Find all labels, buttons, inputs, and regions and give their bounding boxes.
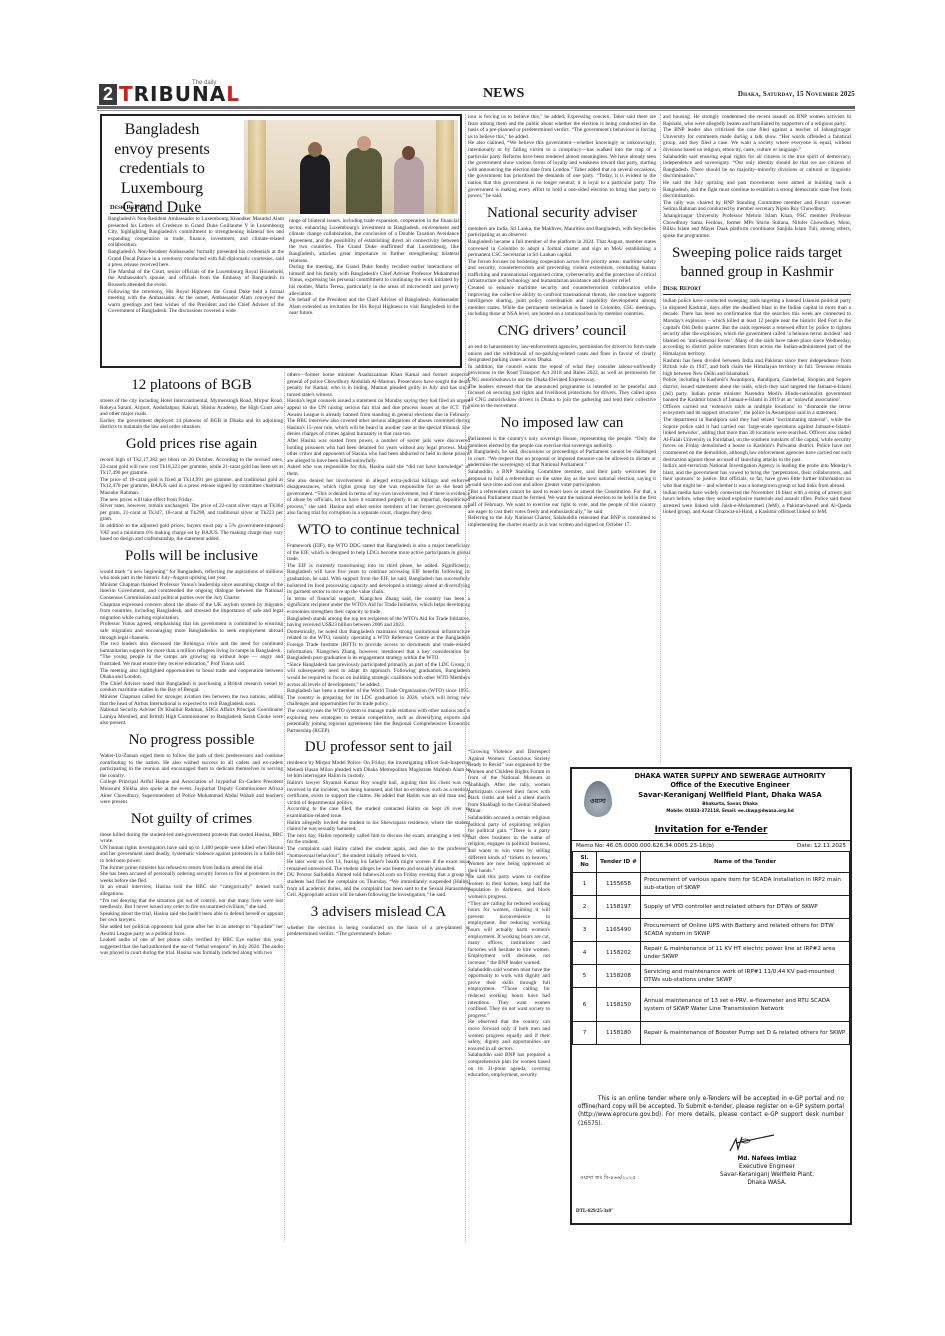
paragraph: Jahangirnagar University Professor Mehri… <box>663 213 851 239</box>
headline: Polls will be inclusive <box>100 546 283 566</box>
wasa-logo-icon: ওয়াসা <box>584 781 612 817</box>
person-head <box>357 136 371 151</box>
headline: DU professor sent to jail <box>287 738 470 757</box>
paragraph: The price of 18-carat gold is fixed at T… <box>100 477 283 497</box>
article-body: would mark “a new beginning” for Banglad… <box>100 569 283 727</box>
paragraph: The BNP leader also criticised the case … <box>663 127 851 153</box>
organization-header: DHAKA WATER SUPPLY AND SEWERAGE AUTHORIT… <box>612 772 848 814</box>
paragraph: Salahuddin said women must have the oppo… <box>468 967 550 1020</box>
paragraph: would mark “a new beginning” for Banglad… <box>100 569 283 582</box>
article-envoy: Bangladesh envoy presents credentials to… <box>100 114 462 368</box>
memo-date: Date: 12.11.2025 <box>797 841 846 851</box>
cell-sl: 3 <box>573 919 597 942</box>
paragraph: The complaint said Halim called the stud… <box>287 846 470 859</box>
paragraph: Halim allegedly invited the student to h… <box>287 820 470 833</box>
paragraph: and housing. He strongly condemned the r… <box>663 114 851 127</box>
paragraph: Indian police have conducted sweeping ra… <box>663 298 851 357</box>
paragraph: those killed during the student-led anti… <box>100 832 283 845</box>
cell-sl: 4 <box>573 942 597 965</box>
ad-reference: ওয়াসা জঃ বি-৪৬৬/২০২৫ <box>580 1175 636 1183</box>
newspaper-logo: TRIBUNAL <box>119 82 240 106</box>
cell-tender-id: 1158150 <box>597 988 641 1022</box>
cell-tender-name: Procurement of various spare item for SC… <box>641 873 850 896</box>
headline: WTO to continue technical <box>287 521 470 540</box>
paragraph: He said this party wants to confine wome… <box>468 874 550 900</box>
paragraph: Bangladesh's Non-Resident Ambassador for… <box>108 249 284 269</box>
paragraph: Hasina's legal counsels issued a stateme… <box>287 398 470 438</box>
article-body: and housing. He strongly condemned the r… <box>663 114 851 239</box>
paragraph: Speaking about the trial, Hasina said sh… <box>100 911 283 924</box>
paragraph: Bangladesh has been a member of the Worl… <box>287 688 470 708</box>
paragraph: “I'm not denying that the situation got … <box>100 898 283 911</box>
headline: 3 advisers mislead CA <box>287 903 470 922</box>
paragraph: The country uses the WTO system to manag… <box>287 708 470 734</box>
article-body: residence by Mirpur Model Police. On Fri… <box>287 760 470 898</box>
envoy-body-col1: Bangladesh's Non-Resident Ambassador to … <box>108 216 284 315</box>
paragraph: Leaked audio of one of her phone calls v… <box>100 937 283 957</box>
table-row: 61158150Annual maintenance of 13 set e-P… <box>573 988 850 1022</box>
article-body: iour is forcing us to believe this,” he … <box>468 114 656 200</box>
cell-tender-name: Procurement of Online UPS with Battery a… <box>641 919 850 942</box>
masthead-rule <box>97 106 855 109</box>
wasa-logo-text: ওয়াসা <box>584 796 612 807</box>
paragraph: Professor Yunus agreed, emphasising that… <box>100 621 283 641</box>
person-head <box>402 146 415 160</box>
paragraph: range of bilateral issues, including tra… <box>289 218 459 264</box>
headline: Sweeping police raids target banned grou… <box>671 244 843 282</box>
paragraph: Police, including in Kashmir's Awantipor… <box>663 377 851 403</box>
headline: No imposed law can <box>468 414 656 433</box>
article-body: whether the election is being conducted … <box>287 925 470 938</box>
logo-letters: RIBUNA <box>134 82 227 106</box>
person-head <box>308 142 322 157</box>
paragraph: The forum focuses on bolstering cooperat… <box>468 259 656 285</box>
paragraph: Salahuddin said ensuring equal rights fo… <box>663 154 851 180</box>
decor-pillar <box>248 120 266 214</box>
signer-block: Md. Nafees Imtiaz Executive Engineer Sav… <box>692 1155 842 1187</box>
paragraph: record high of Tk2,17,382 per bhori on 2… <box>100 457 283 477</box>
org-plant: Savar-Keraniganj Wellfield Plant, Dhaka … <box>612 790 848 800</box>
paragraph: Following the ceremony, His Royal Highne… <box>108 289 284 315</box>
logo-letter-t: T <box>119 82 134 106</box>
paragraph: Minister Chapman called for stronger avi… <box>100 694 283 707</box>
table-row: 41158202Repair & maintenance of 11 KV HT… <box>573 942 850 965</box>
paragraph: “Since Bangladesh has previously partici… <box>287 662 470 688</box>
paragraph: Referring to the July National Charter, … <box>468 515 656 528</box>
article-body: those killed during the student-led anti… <box>100 832 283 957</box>
signer-office: Dhaka WASA. <box>692 1179 842 1187</box>
cell-tender-name: Repair & maintenance of Booster Pump set… <box>641 1022 850 1045</box>
paragraph: streets of the city including Hotel Inte… <box>100 398 283 418</box>
paragraph: In an email interview, Hasina told the B… <box>100 884 283 897</box>
paragraph: Officers carried out ‘extensive raids at… <box>663 404 851 417</box>
masthead-rule-thin <box>97 110 855 111</box>
signer-office: Savar-Keraniganj Wellfield Plant, <box>692 1171 842 1179</box>
column-header-sl: Sl. No <box>573 852 597 873</box>
paragraph: Indian media have widely connected the N… <box>663 490 851 516</box>
cell-tender-id: 1158180 <box>597 1022 641 1045</box>
cell-tender-name: Supply of VFD controller and related oth… <box>641 896 850 919</box>
paragraph: Salahuddin said BNP has prepared a compr… <box>468 1052 550 1078</box>
paragraph: Waker-Uz-Zaman urged them to follow the … <box>100 753 283 779</box>
paragraph: Salahuddin accused a certain religious p… <box>468 815 550 874</box>
paragraph: residence by Mirpur Model Police. On Fri… <box>287 760 470 780</box>
article-body: Parliament is the country's only soverei… <box>468 436 656 528</box>
table-row: 51158208Servicing and maintenance work o… <box>573 965 850 988</box>
paragraph: Bangladesh's Non-Resident Ambassador to … <box>108 216 284 249</box>
signature-icon <box>722 1131 792 1155</box>
paragraph: The two leaders also discussed the Rohin… <box>100 641 283 654</box>
table-row: 71158180Repair & maintenance of Booster … <box>573 1022 850 1045</box>
paragraph: iour is forcing us to believe this,” he … <box>468 114 656 140</box>
paragraph: whether the election is being conducted … <box>287 925 470 938</box>
person-spouse <box>394 156 424 214</box>
page-number: 2 <box>99 84 117 105</box>
cell-sl: 6 <box>573 988 597 1022</box>
article-body: record high of Tk2,17,382 per bhori on 2… <box>100 457 283 543</box>
paragraph: According to the case filed, the student… <box>287 806 470 819</box>
article-body: Waker-Uz-Zaman urged them to follow the … <box>100 753 283 806</box>
article-body: others—former home minister Asaduzzaman … <box>287 372 470 517</box>
paragraph: India's anti-terrorism National Investig… <box>663 463 851 489</box>
headline: Not guilty of crimes <box>100 809 283 829</box>
cell-tender-id: 1158202 <box>597 942 641 965</box>
dateline: Dhaka, Saturday, 15 November 2025 <box>738 90 855 98</box>
paragraph: others—former home minister Asaduzzaman … <box>287 372 470 398</box>
cell-sl: 2 <box>573 896 597 919</box>
paragraph: UN human rights investigators have said … <box>100 845 283 865</box>
headline: Gold prices rise again <box>100 434 283 454</box>
paragraph: Chapman expressed concern about the abus… <box>100 602 283 622</box>
paragraph: Domestically, he noted that Bangladesh m… <box>287 629 470 662</box>
cell-tender-id: 1155658 <box>597 873 641 896</box>
article-body: Framework (EIF), the WTO DDG stated that… <box>287 543 470 734</box>
headline: CNG drivers’ council <box>468 322 656 341</box>
paragraph: Framework (EIF), the WTO DDG stated that… <box>287 543 470 563</box>
paragraph: The meeting also highlighted opportuniti… <box>100 668 283 681</box>
notice-body: This is an online tender where only e-Te… <box>578 1096 844 1127</box>
paragraph: He observed that the country can move fo… <box>468 1019 550 1052</box>
paragraph: In addition to the adjusted gold prices,… <box>100 523 283 543</box>
paragraph: The rally was chaired by BNP Standing Co… <box>663 200 851 213</box>
paragraph: National Security Adviser Dr Khalilur Ra… <box>100 707 283 727</box>
cell-sl: 5 <box>573 965 597 988</box>
table-row: 31165490Procurement of Online UPS with B… <box>573 919 850 942</box>
ad-dtl-code: DTL-829/25-3x8" <box>576 1209 614 1214</box>
headline: No progress possible <box>100 730 283 750</box>
cell-tender-name: Repair & maintenance of 11 KV HT electri… <box>641 942 850 965</box>
article-body: members are India, Sri Lanka, the Maldiv… <box>468 226 656 318</box>
paragraph: The next day, Halim reportedly called hi… <box>287 833 470 846</box>
paragraph: Created to enhance maritime security and… <box>468 285 656 318</box>
paragraph: The leaders stressed that the announced … <box>468 384 656 410</box>
tender-notice-ad: ওয়াসা DHAKA WATER SUPPLY AND SEWERAGE A… <box>570 767 852 1225</box>
paragraph: During the meeting, the Grand Duke fondl… <box>289 264 459 297</box>
column-divider <box>660 114 661 764</box>
paragraph: an end to harassment by law-enforcement … <box>468 344 656 364</box>
paragraph: “The young people in the camps are growi… <box>100 654 283 667</box>
cell-tender-name: Servicing and maintenance work of IRP#1 … <box>641 965 850 988</box>
column-3: iour is forcing us to believe this,” he … <box>468 114 656 528</box>
section-name: NEWS <box>483 86 524 102</box>
paragraph: Halim's lawyer Shyamal Kumar Roy sought … <box>287 780 470 806</box>
paragraph: Salahuddin, a BNP Standing Committee mem… <box>468 469 656 489</box>
column-header-name: Name of the Tender <box>641 852 850 873</box>
tender-table: Sl. No Tender ID # Name of the Tender 11… <box>572 851 850 1045</box>
paragraph: He said the July uprising and past movem… <box>663 180 851 200</box>
paragraph: She also denied her involvement in alleg… <box>287 478 470 518</box>
cell-tender-id: 1165490 <box>597 919 641 942</box>
tender-title: Invitation for e-Tender <box>572 825 850 835</box>
byline: Desk Report <box>110 204 240 214</box>
paragraph: The Chief Adviser noted that Bangladesh … <box>100 681 283 694</box>
memo-number: Memo No: 46.05.0000.000.626.34.0005.23-1… <box>576 841 714 851</box>
headline: Bangladesh envoy presents credentials to… <box>106 120 218 218</box>
headline: 12 platoons of BGB <box>100 375 283 395</box>
paragraph: Minister Chapman thanked Professor Yunus… <box>100 582 283 602</box>
paragraph: “They are calling for reduced working ho… <box>468 901 550 967</box>
paragraph: Bangladesh stands among the top ten reci… <box>287 616 470 629</box>
paragraph: He also claimed, “We believe this govern… <box>468 140 656 199</box>
article-body: Indian police have conducted sweeping ra… <box>663 298 851 516</box>
paragraph: Asked who was responsible for this, Hasi… <box>287 464 470 477</box>
org-address: Bhakurta, Savar, Dhaka <box>612 800 848 807</box>
column-divider <box>284 372 285 1242</box>
byline: Desk Report <box>663 285 851 295</box>
paragraph: Silver rates, however, remain unchanged.… <box>100 503 283 523</box>
paragraph: The department in Bandipora said they ha… <box>663 417 851 463</box>
cell-sl: 7 <box>573 1022 597 1045</box>
cell-tender-id: 1158208 <box>597 965 641 988</box>
paragraph: “But a referendum cannot be used to enac… <box>468 489 656 515</box>
paragraph: Bangladesh became a full member of the p… <box>468 239 656 259</box>
column-divider <box>465 114 466 1242</box>
table-row: 11155658Procurement of various spare ite… <box>573 873 850 896</box>
cell-tender-id: 1158197 <box>597 896 641 919</box>
paragraph: She has been accused of personally order… <box>100 871 283 884</box>
paragraph: She added her political opponents had go… <box>100 924 283 937</box>
paragraph: Kashmir has been divided between India a… <box>663 358 851 378</box>
logo-letter-l: L <box>226 82 240 106</box>
paragraph: In addition, the council wants the repea… <box>468 364 656 384</box>
paragraph: On behalf of the President and the Chief… <box>289 297 459 317</box>
paragraph: Earlier, the government deployed 14 plat… <box>100 418 283 431</box>
column-3-narrow: “Growing Violence and Disrespect Against… <box>468 749 550 1079</box>
org-office: Office of the Executive Engineer <box>612 781 848 790</box>
signer-title: Executive Engineer <box>692 1163 842 1171</box>
org-name: DHAKA WATER SUPPLY AND SEWERAGE AUTHORIT… <box>612 772 848 781</box>
column-4: and housing. He strongly condemned the r… <box>663 114 851 516</box>
paragraph: “Growing Violence and Disrespect Against… <box>468 749 550 815</box>
person-ambassador <box>300 154 330 214</box>
envoy-body-col2: range of bilateral issues, including tra… <box>289 218 459 317</box>
paragraph: DU Proctor Saifuddin Ahmed told bdnews24… <box>287 872 470 898</box>
column-2: others—former home minister Asaduzzaman … <box>287 372 470 938</box>
headline: National security adviser <box>468 204 656 223</box>
article-body: streets of the city including Hotel Inte… <box>100 398 283 431</box>
tender-notice-text: This is an online tender where only e-Te… <box>578 1095 844 1128</box>
paragraph: members are India, Sri Lanka, the Maldiv… <box>468 226 656 239</box>
column-header-tender-id: Tender ID # <box>597 852 641 873</box>
org-contact: Mobile: 01833-372118, Email: ee.skwp@dwa… <box>612 807 848 814</box>
article-photo <box>244 120 458 214</box>
signer-name: Md. Nafees Imtiaz <box>692 1155 842 1163</box>
decor-pillar <box>436 120 454 214</box>
column-1: 12 platoons of BGB streets of the city i… <box>100 372 283 957</box>
article-body: an end to harassment by law-enforcement … <box>468 344 656 410</box>
newspaper-page: 2 The daily TRIBUNAL NEWS Dhaka, Saturda… <box>97 84 855 1254</box>
paragraph: In terms of financial support, Xiangchen… <box>287 596 470 616</box>
masthead: 2 The daily TRIBUNAL NEWS Dhaka, Saturda… <box>97 84 855 106</box>
cell-tender-name: Annual maintenance of 13 set e-PRV, e-fl… <box>641 988 850 1022</box>
paragraph: He later went on Oct 14, fearing his fat… <box>287 859 470 872</box>
paragraph: College Principal Ariful Haque and Assoc… <box>100 779 283 805</box>
cell-sl: 1 <box>573 873 597 896</box>
paragraph: The EIF is currently transitioning into … <box>287 563 470 596</box>
paragraph: The Marshal of the Court, senior officia… <box>108 269 284 289</box>
paragraph: Parliament is the country's only soverei… <box>468 436 656 449</box>
table-row: 21158197Supply of VFD controller and rel… <box>573 896 850 919</box>
paragraph: In Bangladesh, he said, discussions or p… <box>468 449 656 469</box>
memo-row: Memo No: 46.05.0000.000.626.34.0005.23-1… <box>572 840 850 851</box>
paragraph: After Hasina was ousted from power, a nu… <box>287 438 470 464</box>
person-grand-duke <box>346 148 382 214</box>
